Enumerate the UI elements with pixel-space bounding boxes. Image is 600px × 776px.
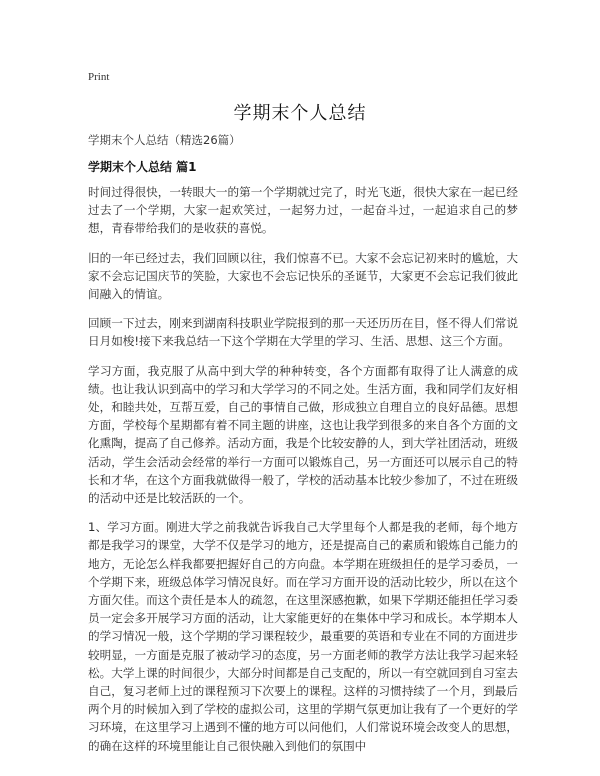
document-page: Print 学期末个人总结 学期末个人总结（精选26篇） 学期末个人总结 篇1 … [0, 0, 600, 776]
document-title: 学期末个人总结 [0, 99, 600, 125]
paragraph: 学习方面，我克服了从高中到大学的种种转变，各个方面都有取得了让人满意的成绩。也让… [88, 362, 518, 508]
section-heading: 学期末个人总结 篇1 [88, 158, 197, 175]
paragraph: 1、学习方面。刚进大学之前我就告诉我自己大学里每个人都是我的老师，每个地方都是我… [88, 518, 518, 755]
paragraph: 时间过得很快，一转眼大一的第一个学期就过完了，时光飞逝，很快大家在一起已经过去了… [88, 183, 518, 238]
document-body: 时间过得很快，一转眼大一的第一个学期就过完了，时光飞逝，很快大家在一起已经过去了… [88, 183, 518, 766]
document-subtitle: 学期末个人总结（精选26篇） [88, 132, 241, 148]
paragraph: 回顾一下过去，刚来到湖南科技职业学院报到的那一天还历历在目，怪不得人们常说日月如… [88, 314, 518, 350]
print-label[interactable]: Print [88, 71, 109, 83]
paragraph: 旧的一年已经过去，我们回顾以往，我们惊喜不已。大家不会忘记初来时的尴尬，大家不会… [88, 249, 518, 304]
